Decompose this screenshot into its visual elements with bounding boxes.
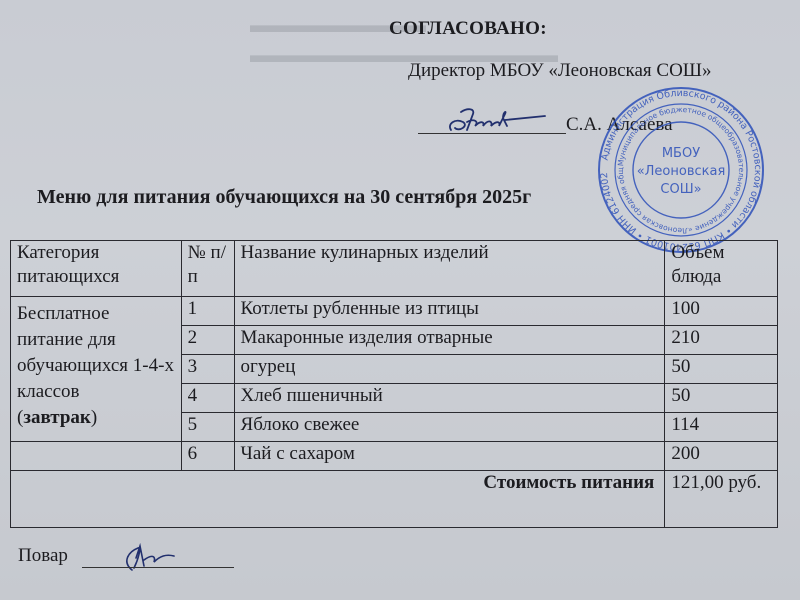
row-number: 6	[181, 442, 234, 471]
header-volume: Объем блюда	[665, 241, 778, 297]
row-number: 2	[181, 326, 234, 355]
dish-name: Хлеб пшеничный	[234, 384, 665, 413]
header-dish-name: Название кулинарных изделий	[234, 241, 665, 297]
school-seal-stamp: Администрация Обливского района Ростовск…	[596, 85, 766, 255]
table-header-row: Категория питающихся № п/п Название кули…	[11, 241, 778, 297]
header-category: Категория питающихся	[11, 241, 182, 297]
row-number: 4	[181, 384, 234, 413]
dish-volume: 100	[665, 297, 778, 326]
director-title: Директор МБОУ «Леоновская СОШ»	[408, 60, 711, 82]
dish-volume: 200	[665, 442, 778, 471]
cook-signature	[118, 540, 178, 574]
total-row: Стоимость питания 121,00 руб.	[11, 471, 778, 528]
empty-category-cell	[11, 442, 182, 471]
menu-title: Меню для питания обучающихся на 30 сентя…	[37, 186, 531, 209]
row-number: 3	[181, 355, 234, 384]
stamp-center-line3: СОШ»	[660, 182, 701, 197]
dish-name: огурец	[234, 355, 665, 384]
row-number: 5	[181, 413, 234, 442]
cook-label: Повар	[18, 545, 68, 567]
category-text: Бесплатное питание для обучающихся 1-4-х…	[17, 303, 174, 402]
dish-volume: 210	[665, 326, 778, 355]
dish-name: Чай с сахаром	[234, 442, 665, 471]
stamp-center-line1: МБОУ	[662, 146, 700, 161]
total-cost-value: 121,00 руб.	[665, 471, 778, 528]
dish-volume: 50	[665, 355, 778, 384]
dish-name: Яблоко свежее	[234, 413, 665, 442]
dish-name: Котлеты рубленные из птицы	[234, 297, 665, 326]
director-signature	[445, 104, 560, 136]
table-row: 6 Чай с сахаром 200	[11, 442, 778, 471]
dish-volume: 50	[665, 384, 778, 413]
category-cell: Бесплатное питание для обучающихся 1-4-х…	[11, 297, 182, 442]
row-number: 1	[181, 297, 234, 326]
table-row: Бесплатное питание для обучающихся 1-4-х…	[11, 297, 778, 326]
total-cost-label: Стоимость питания	[11, 471, 665, 528]
header-number: № п/п	[181, 241, 234, 297]
approval-heading: СОГЛАСОВАНО:	[389, 18, 547, 40]
cook-signature-line	[82, 567, 234, 568]
meal-type: завтрак	[23, 407, 91, 428]
stamp-center-line2: «Леоновская	[637, 164, 726, 179]
dish-volume: 114	[665, 413, 778, 442]
menu-table: Категория питающихся № п/п Название кули…	[10, 240, 778, 528]
director-signature-line	[418, 133, 566, 134]
dish-name: Макаронные изделия отварные	[234, 326, 665, 355]
